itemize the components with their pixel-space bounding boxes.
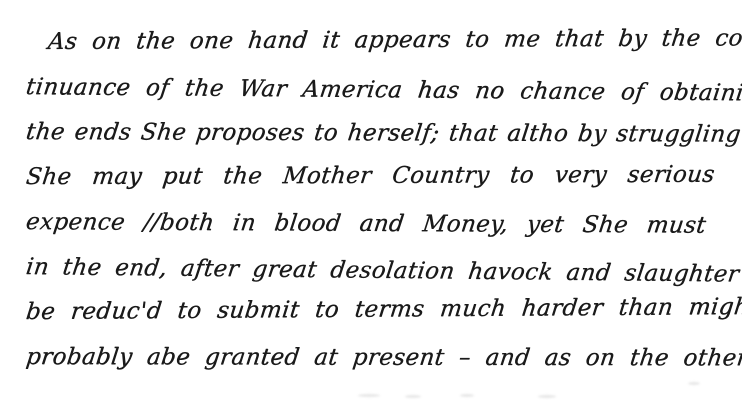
faint-smudge	[538, 395, 556, 398]
faint-smudge	[688, 382, 700, 385]
manuscript-line-5: expence //both in blood and Money, yet S…	[23, 200, 732, 249]
faint-smudge	[460, 394, 474, 397]
manuscript-page: As on the one hand it appears to me that…	[0, 0, 742, 400]
faint-smudge	[358, 394, 380, 397]
manuscript-line-2: tinuance of the War America has no chanc…	[23, 65, 732, 116]
manuscript-line-4: She may put the Mother Country to very s…	[23, 153, 733, 200]
faint-smudge	[405, 395, 421, 398]
manuscript-line-3: the ends She proposes to herself; that a…	[23, 110, 732, 157]
manuscript-line-8: probably abe granted at present – and as…	[23, 335, 732, 381]
manuscript-line-7: be reduc'd to submit to terms much harde…	[23, 285, 733, 335]
manuscript-line-1: As on the one hand it appears to me that…	[23, 16, 733, 65]
